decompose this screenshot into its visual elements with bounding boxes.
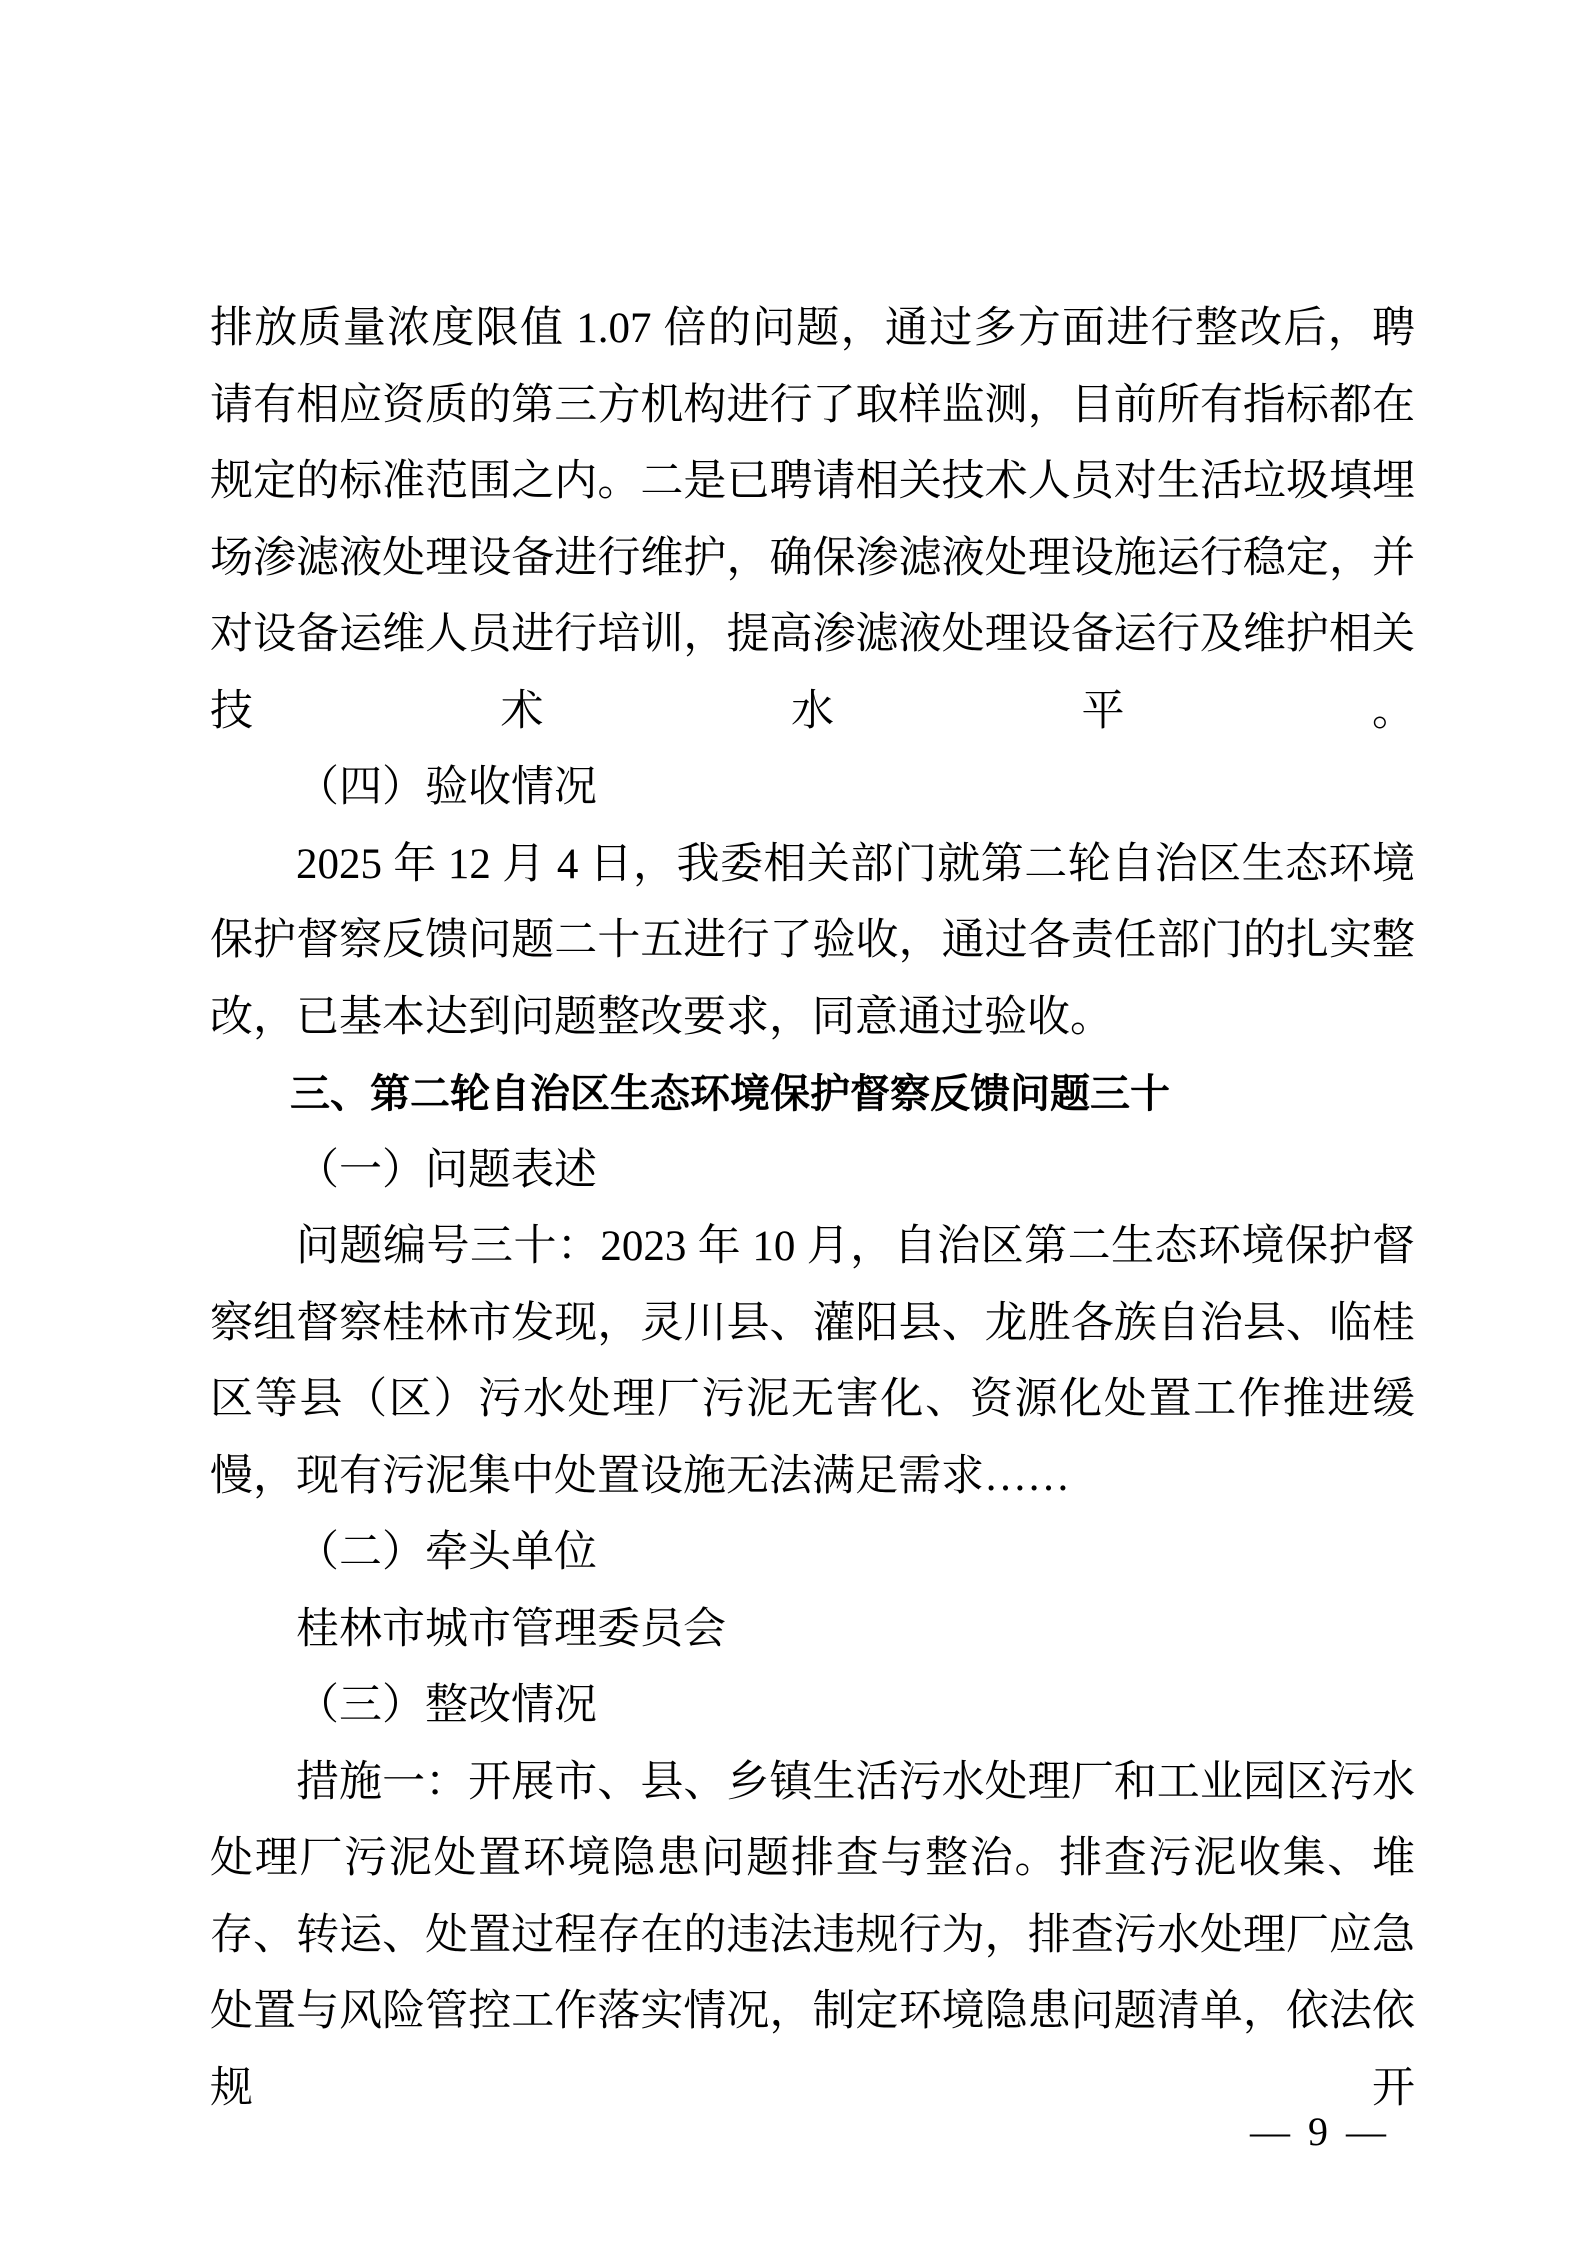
document-body: 排放质量浓度限值 1.07 倍的问题，通过多方面进行整改后，聘请有相应资质的第三… [210,291,1415,2127]
document-page: 排放质量浓度限值 1.07 倍的问题，通过多方面进行整改后，聘请有相应资质的第三… [0,0,1587,2245]
footer-page-number: — 9 — [1250,2108,1390,2155]
subheading-rectification-status: （三）整改情况 [210,1668,1415,1745]
subheading-acceptance-status: （四）验收情况 [210,750,1415,827]
paragraph-rectification-continued: 排放质量浓度限值 1.07 倍的问题，通过多方面进行整改后，聘请有相应资质的第三… [210,291,1415,750]
paragraph-measure-one: 措施一：开展市、县、乡镇生活污水处理厂和工业园区污水处理厂污泥处置环境隐患问题排… [210,1745,1415,2128]
subheading-lead-unit: （二）牵头单位 [210,1515,1415,1592]
paragraph-problem-description: 问题编号三十：2023 年 10 月，自治区第二生态环境保护督察组督察桂林市发现… [210,1209,1415,1515]
section-heading-problem-thirty: 三、第二轮自治区生态环境保护督察反馈问题三十 [210,1056,1415,1133]
paragraph-acceptance-details: 2025 年 12 月 4 日，我委相关部门就第二轮自治区生态环境保护督察反馈问… [210,827,1415,1057]
subheading-problem-description: （一）问题表述 [210,1133,1415,1210]
paragraph-lead-unit: 桂林市城市管理委员会 [210,1592,1415,1669]
